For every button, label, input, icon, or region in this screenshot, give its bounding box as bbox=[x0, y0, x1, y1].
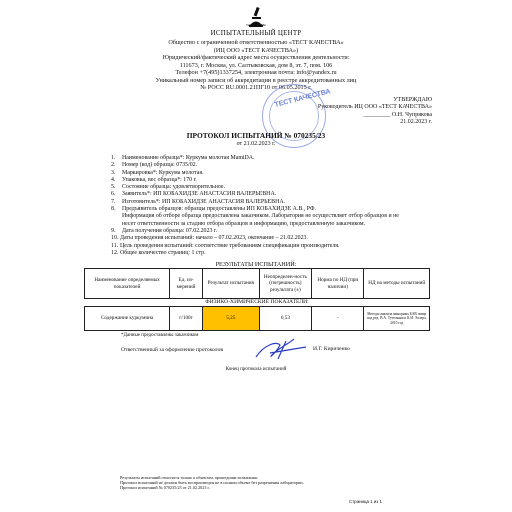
header-line: Общество с ограниченной ответственностью… bbox=[100, 39, 412, 47]
responsible-name: И.Г. Кириченко bbox=[313, 346, 350, 352]
approval-date: 21.02.2023 г. bbox=[262, 119, 432, 126]
cell-uncertainty: 0,53 bbox=[259, 307, 311, 331]
sample-info-list: 1.Наименование образца*: Куркума молотая… bbox=[111, 155, 399, 257]
approval-title: УТВЕРЖДАЮ bbox=[262, 97, 432, 104]
list-item: 2.Номер (код) образца: 0735/02. bbox=[111, 162, 399, 169]
lab-center-title: ИСПЫТАТЕЛЬНЫЙ ЦЕНТР bbox=[100, 30, 412, 38]
cell-result: 5,25 bbox=[202, 307, 259, 331]
cell-unit: г/100г bbox=[170, 307, 203, 331]
page-number: Страница 1 из 1 bbox=[349, 499, 382, 504]
protocol-date: от 21.02.2023 г. bbox=[150, 141, 362, 147]
header-contacts: Телефон +7(495)1337254, электронная почт… bbox=[100, 69, 412, 77]
list-item: 3.Маркировка*: Куркума молотая. bbox=[111, 170, 399, 177]
footer-line: Протокол испытаний № 070235/23 от 21.02.… bbox=[120, 485, 304, 490]
approval-position: Руководитель ИЦ ООО «ТЕСТ КАЧЕСТВА» bbox=[262, 104, 432, 111]
protocol-title: ПРОТОКОЛ ИСПЫТАНИЙ № 070235/23 bbox=[150, 131, 362, 140]
table-header-row: Наименование определяемых показателей Ед… bbox=[85, 269, 430, 299]
list-item: 12.Общее количество страниц: 1 стр. bbox=[111, 250, 399, 257]
table-row: Содержание куркумина г/100г 5,25 0,53 - … bbox=[85, 307, 430, 331]
header-address: 111673, г. Москва, ул. Салтыковская, дом… bbox=[100, 62, 412, 70]
protocol-page: ТЕСТ КАЧЕСТВА ИСПЫТАТЕЛЬНЫЙ ЦЕНТР Общест… bbox=[0, 0, 512, 512]
cell-name: Содержание куркумина bbox=[85, 307, 170, 331]
cell-norm: - bbox=[312, 307, 364, 331]
header-line: Уникальный номер записи об аккредитации … bbox=[100, 77, 412, 85]
column-header: Неопределен-ность (погрешность) результа… bbox=[259, 269, 311, 299]
list-item: 6.Заявитель*: ИП КОБАХИДЗЕ АНАСТАСИЯ ВАЛ… bbox=[111, 191, 399, 198]
column-header: Наименование определяемых показателей bbox=[85, 269, 170, 299]
list-item: 7.Изготовитель*: ИП КОБАХИДЗЕ АНАСТАСИЯ … bbox=[111, 199, 399, 206]
column-header: Ед. из-мерений bbox=[170, 269, 203, 299]
list-item: 5.Состояние образца: удовлетворительное. bbox=[111, 184, 399, 191]
approval-name: _________ О.Н. Чупрякова bbox=[262, 112, 432, 119]
list-item-continuation: Информация об отборе образца предоставле… bbox=[111, 213, 399, 220]
accreditation-number: № РОСС RU.0001.21ПГ10 от 06.05.2015 г. bbox=[100, 84, 412, 92]
footnote: *Данные предоставлены заказчиком bbox=[121, 333, 198, 338]
footer-notes: Результаты испытаний относятся только к … bbox=[120, 475, 304, 490]
section-title: ФИЗИКО-ХИМИЧЕСКИЕ ПОКАЗАТЕЛИ: bbox=[85, 299, 430, 307]
signature bbox=[250, 335, 310, 365]
approval-block: УТВЕРЖДАЮ Руководитель ИЦ ООО «ТЕСТ КАЧЕ… bbox=[262, 97, 432, 127]
logo-caption: ТЕСТ КАЧЕСТВА bbox=[240, 24, 272, 27]
column-header: Норма по НД (при наличии) bbox=[312, 269, 364, 299]
header-line: Юридический/фактический адрес места осущ… bbox=[100, 54, 412, 62]
header-line: (ИЦ ООО «ТЕСТ КАЧЕСТВА») bbox=[100, 47, 412, 55]
list-item: 11.Цель проведения испытаний: соответств… bbox=[111, 243, 399, 250]
end-of-protocol: Конец протокола испытаний bbox=[150, 367, 362, 372]
list-item: 10.Даты проведения испытаний: начало – 0… bbox=[111, 235, 399, 242]
column-header: Результат испытания bbox=[202, 269, 259, 299]
cell-method: Методы анализа минорных БАВ пищи под ред… bbox=[364, 307, 430, 331]
section-row: ФИЗИКО-ХИМИЧЕСКИЕ ПОКАЗАТЕЛИ: bbox=[85, 299, 430, 307]
results-table: Наименование определяемых показателей Ед… bbox=[84, 268, 430, 331]
responsible-label: Ответственный за оформление протоколов bbox=[121, 347, 223, 353]
column-header: НД на методы испытаний bbox=[364, 269, 430, 299]
list-item-continuation: несет ответственности за стадию отбора о… bbox=[111, 221, 399, 228]
results-title: РЕЗУЛЬТАТЫ ИСПЫТАНИЙ: bbox=[150, 261, 362, 268]
